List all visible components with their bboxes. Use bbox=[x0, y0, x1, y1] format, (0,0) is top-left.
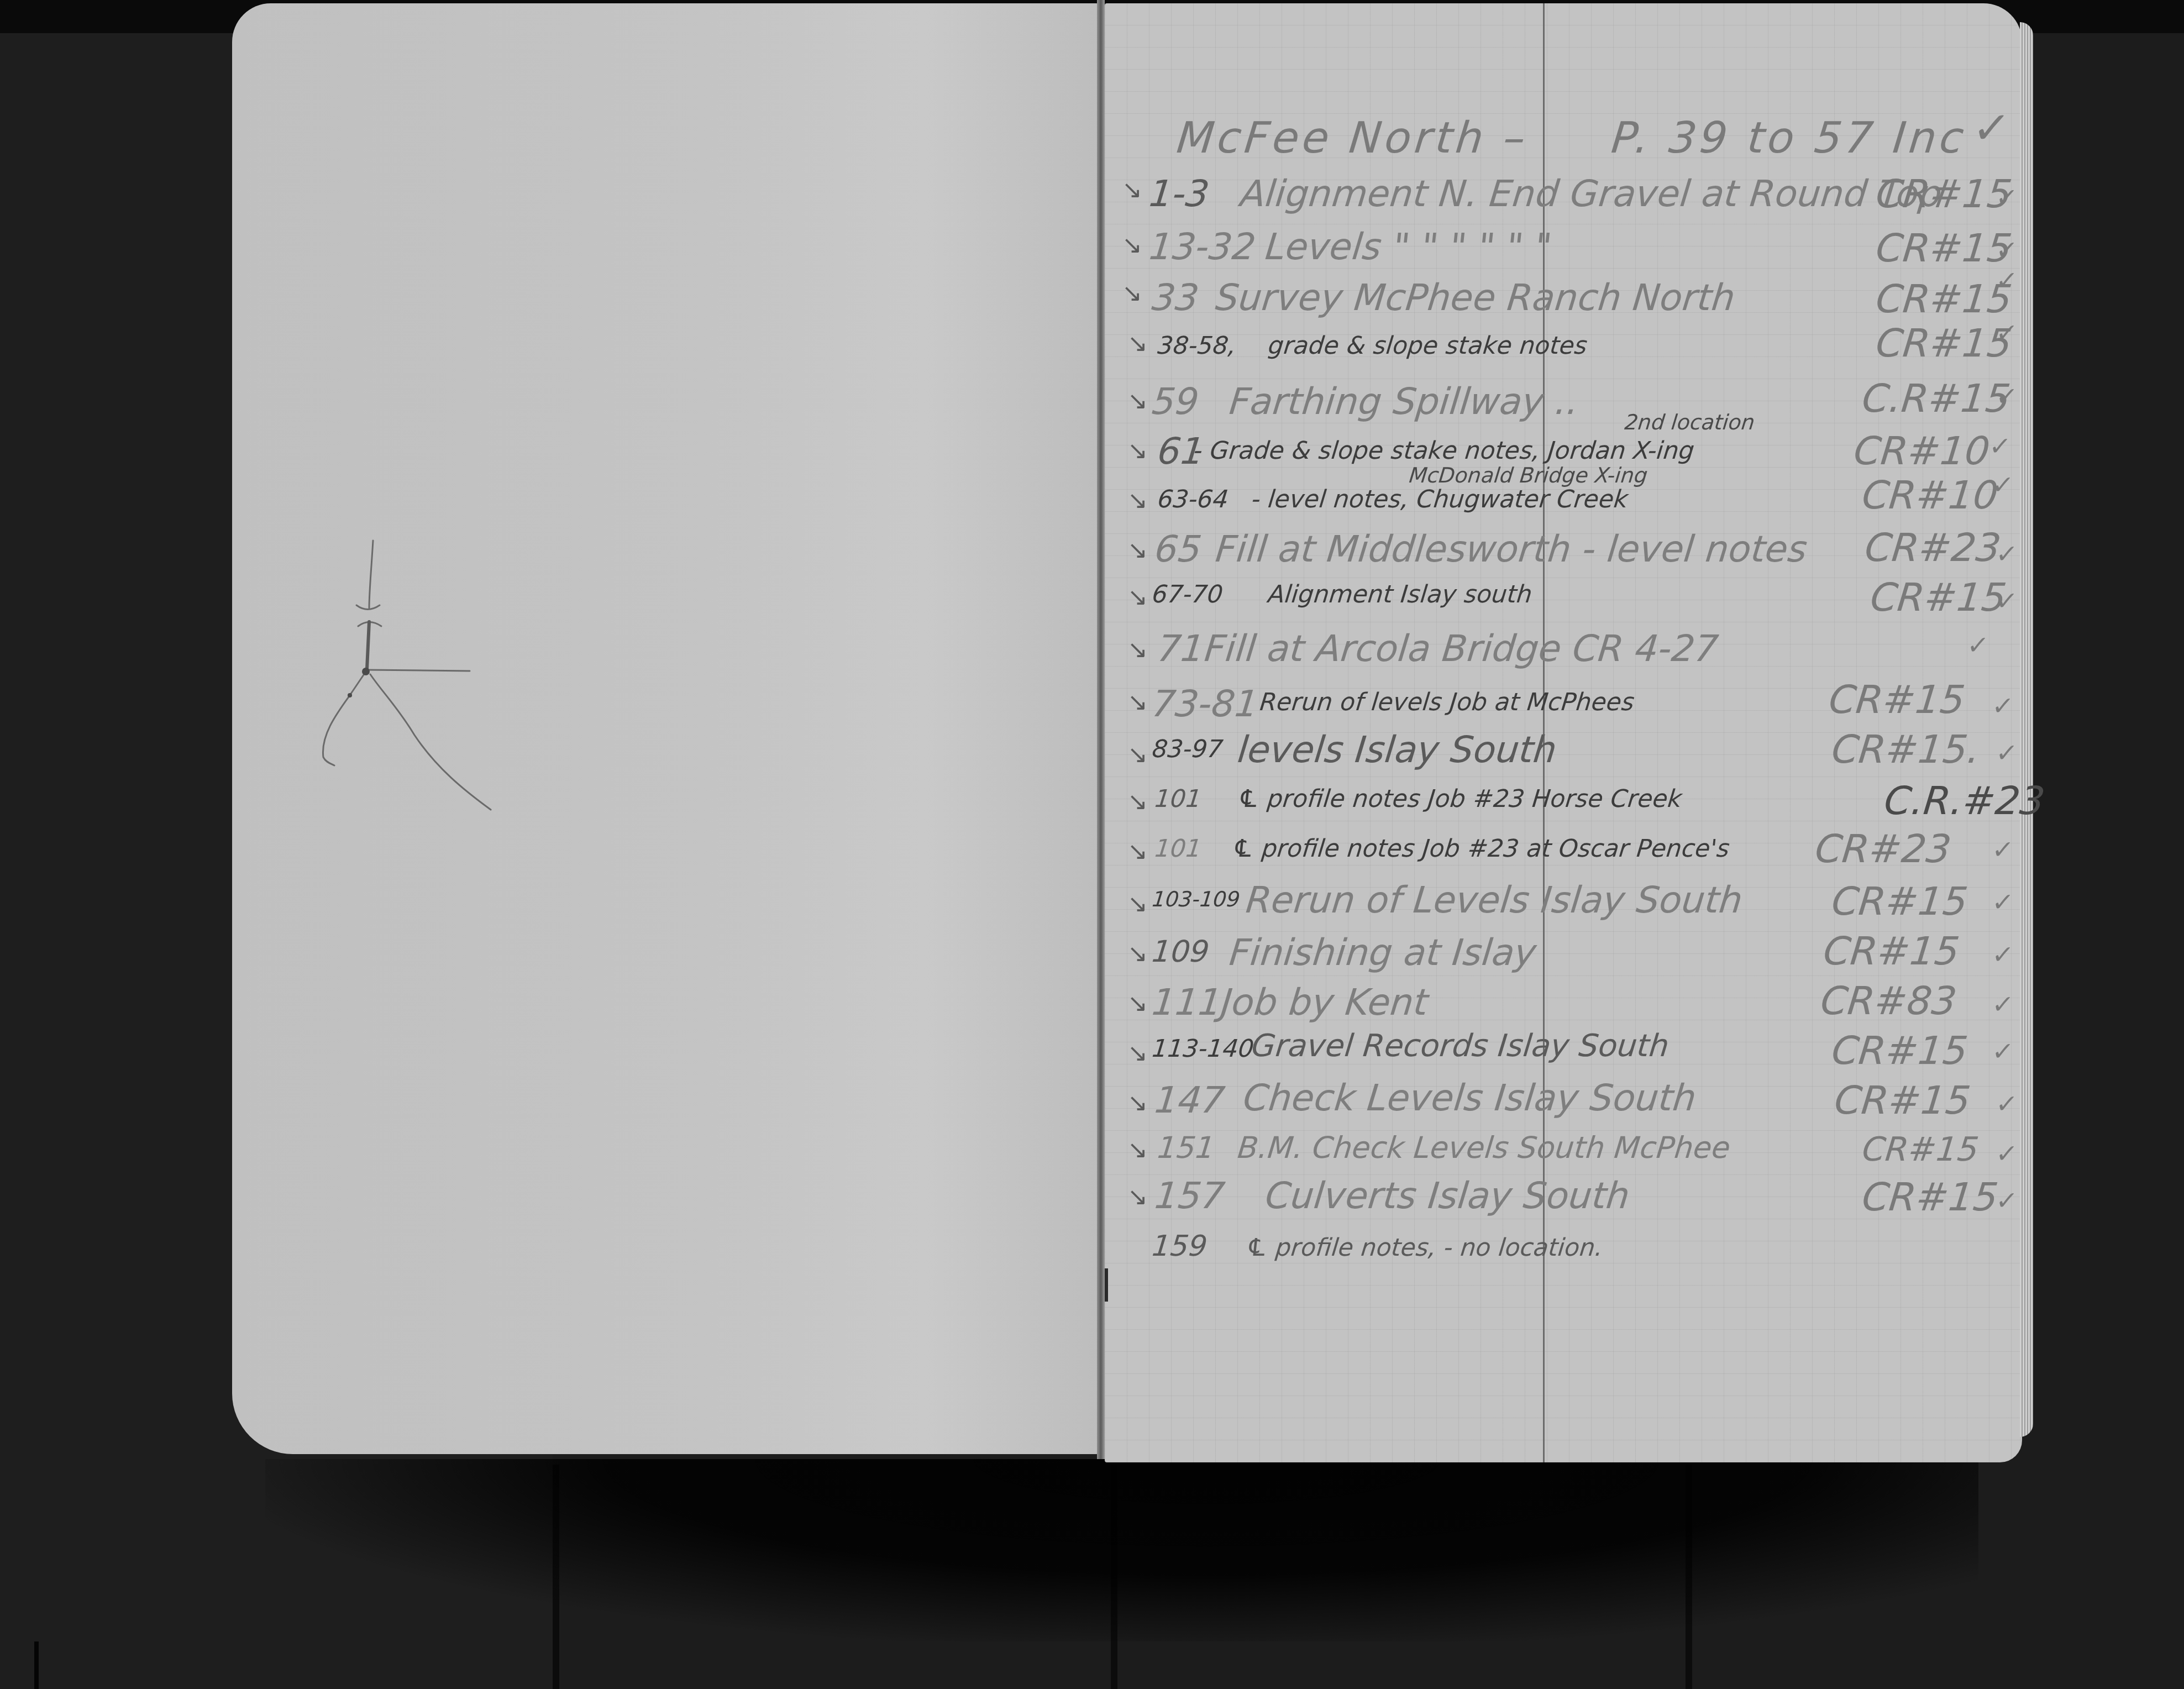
tick-mark-icon: ↘ bbox=[1127, 1136, 1148, 1164]
tick-mark-icon: ↘ bbox=[1122, 176, 1142, 204]
tick-mark-icon: ↘ bbox=[1127, 741, 1148, 769]
tick-mark-icon: ↘ bbox=[1127, 486, 1148, 515]
tick-mark-icon: ↘ bbox=[1127, 1183, 1148, 1211]
tick-mark-icon: ↘ bbox=[1127, 437, 1148, 465]
check-icon: ✓ bbox=[1994, 539, 2019, 569]
check-icon: ✓ bbox=[1994, 318, 2019, 348]
check-icon: ✓ bbox=[1966, 630, 1990, 660]
annotation-note: 2nd location bbox=[1624, 410, 1756, 434]
check-icon: ✓ bbox=[1991, 989, 2015, 1019]
tick-mark-icon: ↘ bbox=[1122, 231, 1142, 259]
check-icon: ✓ bbox=[1991, 1036, 2015, 1066]
tick-mark-icon: ↘ bbox=[1127, 940, 1148, 968]
page-edges bbox=[2020, 22, 2033, 1437]
tick-mark-icon: ↘ bbox=[1127, 636, 1148, 664]
check-icon: ✓ bbox=[1991, 887, 2015, 917]
tick-mark-icon: ↘ bbox=[1127, 387, 1148, 415]
tick-mark-icon: ↘ bbox=[1127, 837, 1148, 866]
tick-mark-icon: ↘ bbox=[1127, 890, 1148, 918]
check-icon: ✓ bbox=[1994, 1139, 2019, 1168]
check-icon: ✓ bbox=[1994, 182, 2019, 212]
check-icon: ✓ bbox=[1994, 1089, 2019, 1119]
tick-mark-icon: ↘ bbox=[1127, 1039, 1148, 1067]
check-icon: ✓ bbox=[1994, 586, 2019, 616]
check-icon: ✓ bbox=[1991, 940, 2015, 969]
tick-mark-icon: ↘ bbox=[1127, 788, 1148, 816]
check-icon: ✓ bbox=[1991, 470, 2015, 500]
check-icon: ✓ bbox=[1994, 738, 2019, 768]
tick-mark-icon: ↘ bbox=[1127, 583, 1148, 611]
tick-mark-icon: ↘ bbox=[1122, 279, 1142, 307]
tick-mark-icon: ↘ bbox=[1127, 1089, 1148, 1117]
check-icon: ✓ bbox=[1991, 691, 2015, 721]
pencil-mark bbox=[1105, 1268, 1108, 1302]
check-icon: ✓ bbox=[1994, 265, 2019, 295]
check-icon: ✓ bbox=[1994, 381, 2019, 411]
tick-mark-icon: ↘ bbox=[1127, 688, 1148, 716]
check-icon: ✓ bbox=[1994, 1186, 2019, 1215]
tick-mark-icon: ↘ bbox=[1127, 989, 1148, 1017]
edge-mark bbox=[34, 1641, 39, 1689]
check-icon: ✓ bbox=[1994, 235, 2019, 265]
notebook-gutter bbox=[1097, 0, 1105, 1459]
title-check-icon: ✓ bbox=[1970, 102, 2013, 154]
tick-mark-icon: ↘ bbox=[1127, 536, 1148, 564]
tick-mark-icon: ↘ bbox=[1127, 329, 1148, 358]
check-icon: ✓ bbox=[1988, 431, 2012, 461]
page-title: McFee North – P. 39 to 57 Inc bbox=[1174, 113, 1969, 163]
notebook-shadow bbox=[265, 1459, 1978, 1641]
annotation-note: McDonald Bridge X-ing bbox=[1408, 463, 1649, 487]
check-icon: ✓ bbox=[1991, 835, 2015, 864]
survey-traverse-sketch-icon bbox=[276, 525, 525, 995]
